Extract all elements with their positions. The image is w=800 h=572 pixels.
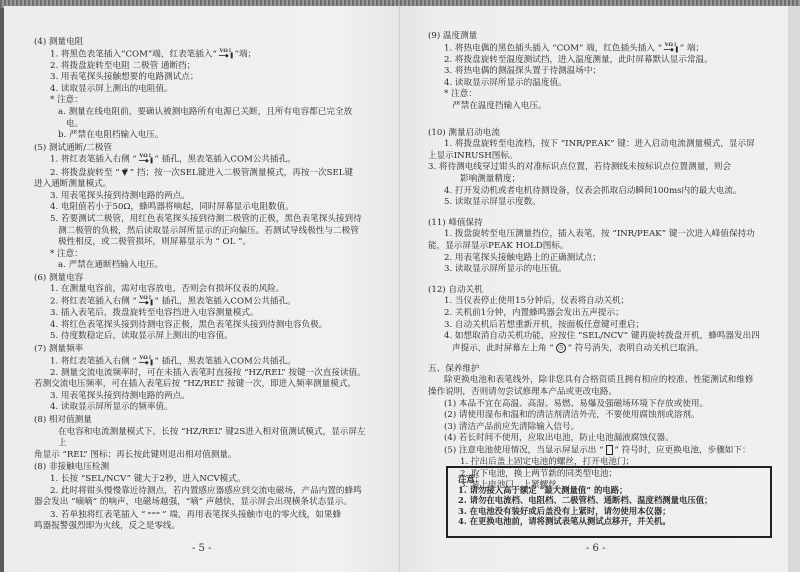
notice-item: 3. 在电池没有装好或后盖没有上紧时，请勿使用本仪器； bbox=[458, 506, 760, 517]
list-item: 1. 长按 “SEL/NCV” 键大于2秒，进入NCV模式。 bbox=[34, 474, 374, 486]
page-5-content: (4) 测量电阻 1. 将黑色表笔插入“COM”端，红表笔插入“VΩ↕━━◆▐”… bbox=[34, 36, 374, 533]
notice-item: 2. 请勿在电流档、电阻档、二极管档、通断档、温度档测量电压值； bbox=[458, 495, 760, 506]
text: ”端； bbox=[235, 49, 257, 59]
section-title-resistance: (4) 测量电阻 bbox=[34, 37, 374, 49]
list-item: 3. 插入表笔后，拨盘旋转至电容挡进入电容测量模式。 bbox=[34, 308, 374, 320]
section-title-maintenance: 五、保养维护 bbox=[428, 364, 768, 376]
note-label: * 注意： bbox=[34, 95, 374, 107]
list-item: 5. 读取显示屏显示度数。 bbox=[428, 197, 768, 209]
icon-bottom: ━━◆▐ bbox=[139, 158, 153, 164]
paragraph: 除更换电池和表笔线外，除非您具有合格资质且拥有相应的校准、性能测试和维修 bbox=[428, 375, 768, 387]
notice-item: 1. 请勿接入高于额定 “最大测量值” 的电路； bbox=[458, 485, 760, 496]
section-title-inrush: (10) 测量启动电流 bbox=[428, 128, 768, 140]
list-item: 1. 将热电偶的黑色插头插入 “COM” 端，红色插头插入 “VΩ↕━━◆▐” … bbox=[428, 43, 768, 55]
text: 声提示，此时屏幕左上角 “ bbox=[452, 343, 554, 353]
list-item: 2. 此时将钳头慢慢靠近待测点，若内置感应器感应到交流电磁场，产品内置的蜂鸣 bbox=[34, 486, 374, 498]
text: ” 端，再用表笔探头接触市电的零火线，如果蜂 bbox=[162, 510, 341, 520]
text: ” 端； bbox=[680, 43, 704, 53]
list-item: 4. 打开发动机或者电机待测设备，仪表会抓取启动瞬间100ms内的最大电流。 bbox=[428, 186, 768, 198]
page-number: - 5 - bbox=[192, 543, 211, 554]
list-item-cont: 声提示，此时屏幕左上角 “◷” 符号消失，表明自动关机已取消。 bbox=[428, 343, 768, 355]
icon-bottom: ━━◆▐ bbox=[139, 300, 153, 306]
paragraph-cont: 操作说明，否则请勿尝试修理本产品或更改电路。 bbox=[428, 387, 768, 399]
icon-bottom: ━━◆▐ bbox=[219, 53, 233, 59]
vohm-jack-icon: VΩ↕━━◆▐ bbox=[139, 154, 153, 164]
list-item: (3) 清洁产品前应先清除输入信号。 bbox=[428, 422, 768, 434]
list-item: 2. 将红表笔插入右侧 “VΩ↕━━◆▐” 插孔，黑表笔插入COM公共插孔。 bbox=[34, 296, 374, 308]
section-title-relative: (8) 相对值测量 bbox=[34, 415, 374, 427]
list-item-cont: 影响测量精度； bbox=[428, 174, 768, 186]
text: ” 符号消失，表明自动关机已取消。 bbox=[568, 343, 704, 353]
paragraph-cont: 角显示 “REL” 图标；再长按此键则退出相对值测量。 bbox=[34, 450, 374, 462]
text: 2. 将红表笔插入右侧 “ bbox=[50, 297, 137, 307]
ncv-jack-icon: ⁼⁼⁼ bbox=[147, 509, 160, 521]
text: ” 插孔，黑表笔插入COM公共插孔。 bbox=[155, 297, 296, 307]
list-item: 2. 将拨盘旋转至温度测试挡，进入温度测量，此时屏幕默认显示常温。 bbox=[428, 55, 768, 67]
text: 1. 将黑色表笔插入“COM”端，红表笔插入“ bbox=[50, 49, 217, 59]
note-item: b. 严禁在电阻档输入电压。 bbox=[34, 130, 374, 142]
list-item: 5. 待度数稳定后，读取显示屏上测出的电容值。 bbox=[34, 331, 374, 343]
vohm-jack-icon: VΩ↕━━◆▐ bbox=[664, 43, 678, 53]
text: ” 符号时，应更换电池，步骤如下： bbox=[615, 446, 751, 456]
list-item: 3. 用表笔探头接触想要的电路测试点； bbox=[34, 72, 374, 84]
list-item: 2. 将拨盘旋转至电阻 二极管 通断挡； bbox=[34, 61, 374, 73]
text: ” 挡；按一次SEL键进入二极管测量模式，再按一次SEL键 bbox=[130, 168, 353, 178]
note-item: a. 严禁在通断档输入电压。 bbox=[34, 260, 374, 272]
list-item: 3. 用表笔探头接到待测电路的两点。 bbox=[34, 191, 374, 203]
list-item: 1. 在测量电容前，需对电容放电，否则会有损坏仪表的风险。 bbox=[34, 284, 374, 296]
icon-bottom: ━━◆▐ bbox=[139, 360, 153, 366]
text: 2. 将拨盘旋转至 “ bbox=[50, 168, 120, 178]
list-item: 1. 将拨盘旋转至电流档，按下 “INR/PEAK” 键：进入启动电流测量模式，… bbox=[428, 139, 768, 151]
paragraph: 在电容和电流测量模式下，长按 “HZ/REL” 键2S进入相对值测试模式，显示屏… bbox=[34, 427, 374, 450]
list-item: (5) 注意电池使用情况，当显示屏显示出 “” 符号时，应更换电池，步骤如下： bbox=[428, 445, 768, 457]
list-item: 1. 当仪表停止使用15分钟后，仪表将自动关机； bbox=[428, 296, 768, 308]
page-edge bbox=[788, 6, 800, 572]
manual-page-5: (4) 测量电阻 1. 将黑色表笔插入“COM”端，红表笔插入“VΩ↕━━◆▐”… bbox=[4, 6, 400, 572]
note-item: 严禁在温度挡输入电压。 bbox=[428, 101, 768, 113]
manual-page-6: (9) 温度测量 1. 将热电偶的黑色插头插入 “COM” 端，红色插头插入 “… bbox=[400, 6, 788, 572]
page-number: - 6 - bbox=[586, 543, 605, 554]
list-item: 2. 关机前1分钟，内置蜂鸣器会发出五声提示； bbox=[428, 308, 768, 320]
section-title-capacitance: (6) 测量电容 bbox=[34, 273, 374, 285]
list-item: 4. 读取显示屏所显示的频率值。 bbox=[34, 402, 374, 414]
list-item-cont: 能，显示屏显示PEAK HOLD图标。 bbox=[428, 241, 768, 253]
list-item: 4. 如想取消自动关机功能，应按住 “SEL/NCV” 键再旋转拨盘开机，蜂鸣器… bbox=[428, 331, 768, 343]
spacer bbox=[428, 209, 768, 217]
spacer bbox=[428, 276, 768, 284]
text: 1. 将热电偶的黑色插头插入 “COM” 端，红色插头插入 “ bbox=[444, 43, 662, 53]
section-title-ncv: (8) 非接触电压检测 bbox=[34, 462, 374, 474]
list-item: 3. 将热电偶的测温探头置于待测温场中； bbox=[428, 66, 768, 78]
list-item: (4) 若长时间不使用，应取出电池，防止电池漏液腐蚀仪器。 bbox=[428, 433, 768, 445]
vohm-jack-icon: VΩ↕━━◆▐ bbox=[139, 356, 153, 366]
vohm-jack-icon: VΩ↕━━◆▐ bbox=[139, 296, 153, 306]
list-item-cont: 极性相反，或二极管损坏，则屏幕显示为 “ OL ”。 bbox=[34, 237, 374, 249]
list-item: 2. 测量交流电流频率时，可在未插入表笔时直接按 “HZ/REL” 按键一次直接… bbox=[34, 368, 374, 380]
text: (5) 注意电池使用情况，当显示屏显示出 “ bbox=[444, 446, 604, 456]
list-item: 2. 用表笔探头接触电路上的正确测试点； bbox=[428, 253, 768, 265]
text: ” 插孔，黑表笔插入COM公共插孔。 bbox=[155, 155, 296, 165]
safety-notice-box: 注意： 1. 请勿接入高于额定 “最大测量值” 的电路； 2. 请勿在电流档、电… bbox=[446, 466, 772, 538]
list-item-cont: 测二极管的负极，然后读取显示屏所显示的正向偏压。若测试导线极性与二极管 bbox=[34, 226, 374, 238]
section-title-peak-hold: (11) 峰值保持 bbox=[428, 218, 768, 230]
note-item: a. 测量在线电阻前，要确认被测电路所有电源已关断，且所有电容都已完全放 bbox=[34, 107, 374, 119]
diode-icon: ▼̅ bbox=[122, 167, 128, 179]
list-item: 2. 将拨盘旋转至 “▼̅” 挡；按一次SEL键进入二极管测量模式，再按一次SE… bbox=[34, 167, 374, 180]
auto-power-off-icon: ◷ bbox=[556, 343, 566, 353]
vohm-jack-icon: VΩ↕━━◆▐ bbox=[219, 49, 233, 59]
section-title-frequency: (7) 测量频率 bbox=[34, 344, 374, 356]
list-item: 3. 将待测电线穿过钳头的对准标识点位置，若待测线未按标识点位置测量，则会 bbox=[428, 162, 768, 174]
list-item: 4. 读取显示屏上测出的电阻值。 bbox=[34, 84, 374, 96]
list-item-cont: 器会发出 “嘀嘀” 的响声，电磁场越强，“嘀” 声越快，显示屏会出现横条状态显示… bbox=[34, 497, 374, 509]
note-label: * 注意： bbox=[428, 89, 768, 101]
text: ” 插孔，黑表笔插入COM公共插孔。 bbox=[155, 356, 296, 366]
text: 3. 若单独将红表笔插入 “ bbox=[50, 510, 145, 520]
list-item-cont: 若测交流电压频率，可在插入表笔后按 “HZ/REL” 按键一次，即进入频率测量模… bbox=[34, 379, 374, 391]
list-item: (1) 本品不宜在高温、高湿、易燃、易爆及强磁场环境下存放或使用。 bbox=[428, 399, 768, 411]
note-item-cont: 电。 bbox=[34, 119, 374, 131]
list-item: (2) 请使用湿布和温和的清洁剂清洁外壳，不要使用腐蚀剂或溶剂。 bbox=[428, 410, 768, 422]
battery-icon bbox=[606, 445, 613, 455]
list-item: 1. 拨盘旋转至电压测量挡位，插入表笔，按 “INR/PEAK” 键一次进入峰值… bbox=[428, 229, 768, 241]
text: 1. 将红表笔插入右侧 “ bbox=[50, 155, 137, 165]
list-item-cont: 鸣器报警强烈即为火线，反之是零线。 bbox=[34, 521, 374, 533]
list-item: 3. 自动关机后若想重新开机，按面板任意键可重启； bbox=[428, 320, 768, 332]
spacer bbox=[428, 113, 768, 127]
list-item: 5. 若要测试二极管，用红色表笔探头接到待测二极管的正极，黑色表笔探头接到待 bbox=[34, 214, 374, 226]
section-title-continuity-diode: (5) 测试通断/二极管 bbox=[34, 143, 374, 155]
section-title-temperature: (9) 温度测量 bbox=[428, 31, 768, 43]
list-item: 1. 将红表笔插入右侧 “VΩ↕━━◆▐” 插孔，黑表笔插入COM公共插孔。 bbox=[34, 356, 374, 368]
list-item-cont: 上显示INRUSH图标。 bbox=[428, 151, 768, 163]
spacer bbox=[428, 355, 768, 363]
list-item: 4. 读取显示屏所显示的温度值。 bbox=[428, 78, 768, 90]
list-item: 4. 电阻值若小于50Ω，蜂鸣器将响起，同时屏幕显示电阻数值。 bbox=[34, 202, 374, 214]
note-label: * 注意： bbox=[34, 249, 374, 261]
list-item: 1. 将黑色表笔插入“COM”端，红表笔插入“VΩ↕━━◆▐”端； bbox=[34, 49, 374, 61]
text: 1. 将红表笔插入右侧 “ bbox=[50, 356, 137, 366]
list-item: 3. 若单独将红表笔插入 “⁼⁼⁼” 端，再用表笔探头接触市电的零火线，如果蜂 bbox=[34, 509, 374, 522]
icon-bottom: ━━◆▐ bbox=[664, 47, 678, 53]
section-title-auto-off: (12) 自动关机 bbox=[428, 285, 768, 297]
list-item: 3. 用表笔探头接到待测电路的两点。 bbox=[34, 391, 374, 403]
list-item-cont: 进入通断测量模式。 bbox=[34, 179, 374, 191]
page-6-content: (9) 温度测量 1. 将热电偶的黑色插头插入 “COM” 端，红色插头插入 “… bbox=[428, 30, 768, 492]
notice-title: 注意： bbox=[458, 474, 760, 485]
list-item: 4. 将红色表笔探头接到待测电容正极，黑色表笔探头接到待测电容负极。 bbox=[34, 320, 374, 332]
list-item: 3. 读取显示屏所显示的电压值。 bbox=[428, 264, 768, 276]
notice-item: 4. 在更换电池前，请将测试表笔从测试点移开，并关机。 bbox=[458, 516, 760, 527]
list-item: 1. 将红表笔插入右侧 “VΩ↕━━◆▐” 插孔，黑表笔插入COM公共插孔。 bbox=[34, 154, 374, 166]
